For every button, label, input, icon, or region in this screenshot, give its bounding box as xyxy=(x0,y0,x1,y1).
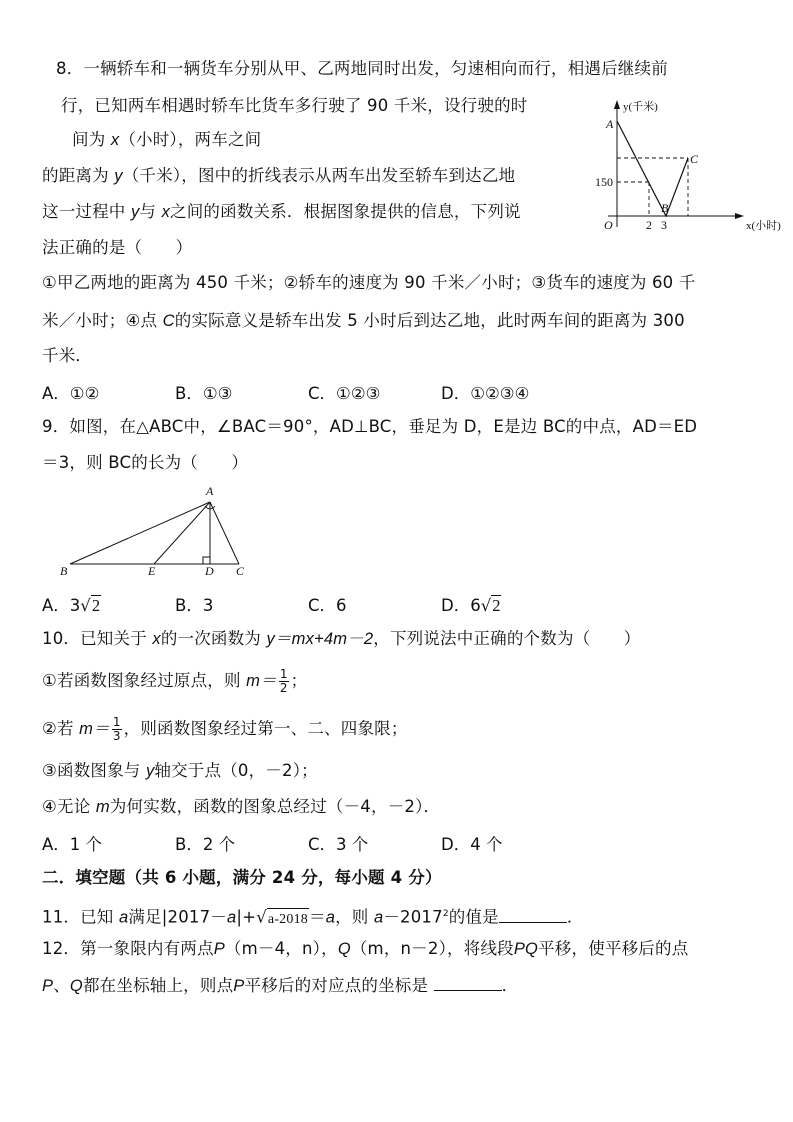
x-tick-2: 2 xyxy=(646,218,652,233)
answer-blank[interactable] xyxy=(499,906,567,923)
q9-option-d[interactable]: D．6√2 xyxy=(441,592,574,616)
q8-option-a[interactable]: A．①② xyxy=(42,380,175,404)
q10-option-d[interactable]: D．4 个 xyxy=(441,831,574,855)
q10-statement-4: ④无论 m为何实数，函数的图象总经过（－4，－2）． xyxy=(42,796,440,818)
option-value: 6 xyxy=(470,596,481,615)
numerator: 1 xyxy=(279,668,289,682)
sqrt-icon: √ xyxy=(80,596,91,615)
q8-text: 这一过程中 xyxy=(42,202,126,221)
q8-text: 的实际意义是轿车出发 5 小时后到达乙地，此时两车间的距离为 300 xyxy=(175,311,685,330)
q11-text: ，则 xyxy=(335,908,368,927)
option-value: 3 xyxy=(70,596,81,615)
q10-text: ②若 xyxy=(42,719,74,738)
q11-text: ＝ xyxy=(309,908,326,927)
fraction: 12 xyxy=(279,668,289,695)
var-m: m＝ xyxy=(79,720,110,738)
q8-line-6: 法正确的是（ ） xyxy=(42,237,192,259)
label-a: A xyxy=(206,484,213,499)
q8-line-5: 这一过程中 y与 x之间的函数关系．根据图象提供的信息，下列说 xyxy=(42,201,521,223)
var-a: a xyxy=(374,909,383,927)
q10-option-c[interactable]: C．3 个 xyxy=(308,831,441,855)
q10-option-b[interactable]: B．2 个 xyxy=(175,831,308,855)
section-heading: 二．填空题（共 6 小题，满分 24 分，每小题 4 分） xyxy=(42,867,442,889)
var-c: C xyxy=(163,312,175,330)
q8-line-4: 的距离为 y（千米），图中的折线表示从两车出发至轿车到达乙地 xyxy=(42,165,515,187)
q8-text: 的距离为 xyxy=(42,166,109,185)
radicand: 2 xyxy=(91,595,101,616)
q10-text: 轴交于点（0，－2）； xyxy=(154,761,317,780)
q8-line-3: 间为 x（小时），两车之间 xyxy=(72,129,261,151)
denominator: 2 xyxy=(280,682,288,695)
q10-text: ④无论 xyxy=(42,797,90,816)
q8-statements-2: 米／小时；④点 C的实际意义是轿车出发 5 小时后到达乙地，此时两车间的距离为 … xyxy=(42,310,685,332)
var-q: Q xyxy=(338,940,351,958)
q12-text: 都在坐标轴上，则点 xyxy=(83,976,233,995)
option-prefix: B． xyxy=(175,596,203,615)
var-p: P xyxy=(214,940,225,958)
option-prefix: D． xyxy=(441,596,470,615)
var-p: P xyxy=(233,977,244,995)
q12-text: （m，n－2），将线段 xyxy=(351,939,514,958)
q10-text: 10．已知关于 xyxy=(42,629,147,648)
y-tick-150: 150 xyxy=(595,175,613,190)
numerator: 1 xyxy=(112,716,122,730)
option-prefix: C． xyxy=(308,596,336,615)
var-x: x xyxy=(162,203,170,221)
q12-text: 平移后的对应点的坐标是 xyxy=(245,976,429,995)
var-y: y xyxy=(114,167,122,185)
x-tick-3: 3 xyxy=(661,218,667,233)
origin-label: O xyxy=(604,218,613,233)
var-pq: PQ xyxy=(514,940,538,958)
q10-stem: 10．已知关于 x的一次函数为 y＝mx+4m－2，下列说法中正确的个数为（ ） xyxy=(42,628,640,650)
q12-line-1: 12．第一象限内有两点P（m－4，n），Q（m，n－2），将线段PQ平移，使平移… xyxy=(42,938,688,960)
q10-text: 为何实数，函数的图象总经过（－4，－2）． xyxy=(110,797,440,816)
q8-text: 之间的函数关系．根据图象提供的信息，下列说 xyxy=(170,202,521,221)
q9-option-a[interactable]: A．3√2 xyxy=(42,592,175,616)
var-a: a xyxy=(227,909,236,927)
q12-text: （m－4，n）， xyxy=(225,939,338,958)
q9-option-c[interactable]: C．6 xyxy=(308,592,441,616)
point-a-label: A xyxy=(606,117,613,132)
q8-text: 与 xyxy=(139,202,156,221)
answer-blank[interactable] xyxy=(434,974,502,991)
point-b-label: B xyxy=(661,201,668,216)
label-e: E xyxy=(148,564,155,579)
q10-text: ③函数图象与 xyxy=(42,761,141,780)
q11-text: 满足|2017－ xyxy=(128,908,227,927)
y-axis-label: y(千米) xyxy=(623,98,658,114)
var-q: Q xyxy=(70,977,83,995)
q11-text: ． xyxy=(567,908,584,927)
q10-option-a[interactable]: A．1 个 xyxy=(42,831,175,855)
q10-text: 的一次函数为 xyxy=(161,629,261,648)
q8-option-b[interactable]: B．①③ xyxy=(175,380,308,404)
label-d: D xyxy=(205,564,214,579)
q8-option-c[interactable]: C．①②③ xyxy=(308,380,441,404)
var-x: x xyxy=(152,630,160,648)
var-a: a xyxy=(119,909,128,927)
radicand: a-2018 xyxy=(267,908,309,931)
q12-text: 、 xyxy=(53,976,70,995)
label-b: B xyxy=(60,564,67,579)
q10-text: ，下列说法中正确的个数为（ ） xyxy=(373,629,640,648)
sqrt-icon: √ xyxy=(481,596,492,615)
q9-options: A．3√2 B．3 C．6 D．6√2 xyxy=(42,592,574,616)
var-m: m xyxy=(96,798,110,816)
q8-text: （小时），两车之间 xyxy=(119,130,261,149)
option-value: 3 xyxy=(203,596,214,615)
q8-text: （千米），图中的折线表示从两车出发至轿车到达乙地 xyxy=(123,166,516,185)
q8-statements-3: 千米． xyxy=(42,345,92,367)
option-prefix: A． xyxy=(42,596,70,615)
q8-graph: y(千米) x(小时) O 150 2 3 A B C xyxy=(590,95,790,240)
q12-text: 12．第一象限内有两点 xyxy=(42,939,214,958)
q8-line-1: 8．一辆轿车和一辆货车分别从甲、乙两地同时出发，匀速相向而行，相遇后继续前 xyxy=(56,58,668,80)
radicand: 2 xyxy=(491,595,501,616)
q10-statement-3: ③函数图象与 y轴交于点（0，－2）； xyxy=(42,760,318,782)
label-c: C xyxy=(236,564,244,579)
var-m: m＝ xyxy=(246,672,277,690)
fraction: 13 xyxy=(112,716,122,743)
q8-options: A．①② B．①③ C．①②③ D．①②③④ xyxy=(42,380,574,404)
q11-text: |+ xyxy=(236,908,256,927)
q10-statement-2: ②若 m＝13，则函数图象经过第一、二、四象限； xyxy=(42,716,408,743)
option-value: 6 xyxy=(336,596,347,615)
q10-text: ； xyxy=(291,671,308,690)
function-expression: y＝mx+4m－2 xyxy=(266,630,373,648)
q10-statement-1: ①若函数图象经过原点，则 m＝12； xyxy=(42,668,307,695)
q9-line-2: ＝3，则 BC的长为（ ） xyxy=(42,452,248,474)
q8-statements-1: ①甲乙两地的距离为 450 千米；②轿车的速度为 90 千米／小时；③货车的速度… xyxy=(42,272,696,294)
q11: 11．已知 a满足|2017－a|+√a-2018＝a，则 a－20172的值是… xyxy=(42,903,584,931)
denominator: 3 xyxy=(113,730,121,743)
q12-text: ． xyxy=(502,976,519,995)
q8-text: 间为 xyxy=(72,130,105,149)
q10-text: ，则函数图象经过第一、二、四象限； xyxy=(124,719,408,738)
q8-line-2: 行，已知两车相遇时轿车比货车多行驶了 90 千米，设行驶的时 xyxy=(61,95,528,117)
q8-option-d[interactable]: D．①②③④ xyxy=(441,380,574,404)
q8-text: 米／小时；④点 xyxy=(42,311,157,330)
q11-text: 的值是 xyxy=(449,908,499,927)
var-a: a xyxy=(326,909,335,927)
q9-triangle-figure: A B E D C xyxy=(50,484,260,579)
q11-text: －2017 xyxy=(383,908,443,927)
point-c-label: C xyxy=(690,152,698,167)
q12-text: 平移，使平移后的点 xyxy=(538,939,688,958)
q9-option-b[interactable]: B．3 xyxy=(175,592,308,616)
q10-options: A．1 个 B．2 个 C．3 个 D．4 个 xyxy=(42,831,574,855)
q11-text: 11．已知 xyxy=(42,908,114,927)
x-axis-label: x(小时) xyxy=(746,217,781,233)
var-p: P xyxy=(42,977,53,995)
q12-line-2: P、Q都在坐标轴上，则点P平移后的对应点的坐标是 ． xyxy=(42,974,518,997)
q9-line-1: 9．如图，在△ABC中，∠BAC＝90°，AD⊥BC，垂足为 D，E是边 BC的… xyxy=(42,416,697,438)
q10-text: ①若函数图象经过原点，则 xyxy=(42,671,241,690)
sqrt-icon: √ xyxy=(256,908,267,927)
